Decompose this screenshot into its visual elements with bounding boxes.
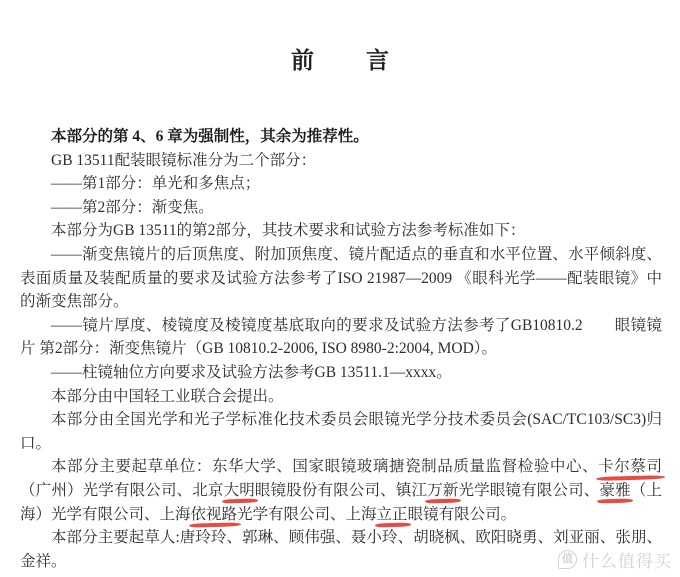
paragraph: 本部分的第 4、6 章为强制性，其余为推荐性。 — [20, 125, 662, 149]
paragraph: 本部分由中国轻工业联合会提出。 — [20, 385, 662, 409]
paragraph: 本部分由全国光学和光子学标准化技术委员会眼镜光学分技术委员会(SAC/TC103… — [20, 408, 662, 455]
paragraph: 本部分主要起草单位：东华大学、国家眼镜玻璃搪瓷制品质量监督检验中心、卡尔蔡司（广… — [20, 455, 662, 526]
watermark: 值 什么值得买 — [558, 547, 672, 572]
red-underlined-term: 大明 — [224, 482, 255, 499]
paragraph: 本部分为GB 13511的第2部分，其技术要求和试验方法参考标准如下： — [20, 219, 662, 243]
text-segment: 眼镜有限公司。 — [408, 506, 517, 523]
paragraph: ——镜片厚度、棱镜度及棱镜度基底取向的要求及试验方法参考了GB10810.2 眼… — [20, 314, 662, 361]
text-segment: 本部分主要起草单位：东华大学、国家眼镜玻璃搪瓷制品质量监督检验中心、 — [51, 458, 598, 475]
document-page: 前 言 本部分的第 4、6 章为强制性，其余为推荐性。GB 13511配装眼镜标… — [0, 0, 680, 573]
smzdm-logo-icon: 值 — [558, 550, 577, 569]
document-body: 本部分的第 4、6 章为强制性，其余为推荐性。GB 13511配装眼镜标准分为二… — [20, 125, 662, 573]
text-segment: 本部分为GB 13511的第2部分，其技术要求和试验方法参考标准如下： — [51, 222, 525, 239]
red-underlined-term: 豪雅 — [599, 482, 630, 499]
red-underlined-term: 立正 — [377, 506, 408, 523]
text-segment: ——渐变焦镜片的后顶焦度、附加顶焦度、镜片配适点的垂直和水平位置、水平倾斜度、表… — [20, 246, 662, 310]
text-segment: 本部分由全国光学和光子学标准化技术委员会眼镜光学分技术委员会(SAC/TC103… — [20, 411, 662, 452]
red-underlined-term: 卡尔蔡司 — [598, 458, 662, 475]
paragraph: ——第1部分：单光和多焦点； — [20, 172, 662, 196]
text-segment: 光学眼镜有限公司、 — [459, 482, 600, 499]
paragraph: ——第2部分：渐变焦。 — [20, 196, 662, 220]
red-underlined-term: 依视路 — [191, 506, 238, 523]
text-segment: 本部分由中国轻工业联合会提出。 — [51, 388, 284, 405]
page-title: 前 言 — [20, 42, 662, 75]
text-segment: 光学有限公司、上海 — [237, 506, 377, 523]
text-segment: ——第2部分：渐变焦。 — [51, 199, 214, 216]
text-segment: ——第1部分：单光和多焦点； — [51, 175, 260, 192]
text-segment: （广州）光学有限公司、北京 — [20, 482, 224, 499]
paragraph: GB 13511配装眼镜标准分为二个部分： — [20, 149, 662, 173]
text-segment: ——镜片厚度、棱镜度及棱镜度基底取向的要求及试验方法参考了GB10810.2 眼… — [20, 317, 662, 358]
text-segment: 眼镜股份有限公司、镇江 — [255, 482, 427, 499]
red-underlined-term: 万新 — [427, 482, 458, 499]
paragraph: ——柱镜轴位方向要求及试验方法参考GB 13511.1—xxxx。 — [20, 361, 662, 385]
text-segment: GB 13511配装眼镜标准分为二个部分： — [51, 152, 316, 169]
text-segment: ——柱镜轴位方向要求及试验方法参考GB 13511.1—xxxx。 — [51, 364, 452, 381]
text-segment: 本部分的第 4、6 章为强制性，其余为推荐性。 — [51, 128, 369, 145]
paragraph: ——渐变焦镜片的后顶焦度、附加顶焦度、镜片配适点的垂直和水平位置、水平倾斜度、表… — [20, 243, 662, 314]
watermark-text: 什么值得买 — [582, 547, 672, 572]
